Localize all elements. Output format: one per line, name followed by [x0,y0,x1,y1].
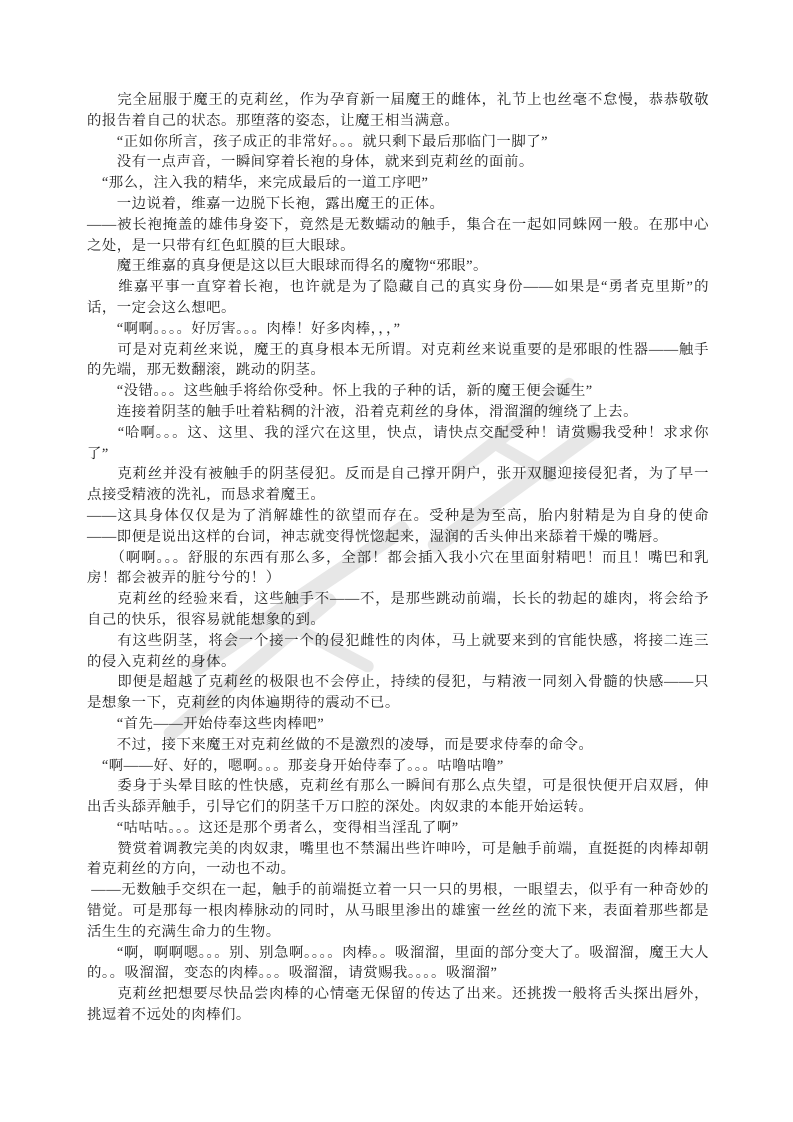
paragraph: 连接着阴茎的触手吐着粘稠的汁液，沿着克莉丝的身体，滑溜溜的缠绕了上去。 [87,402,709,423]
paragraph: “没错。。。这些触手将给你受种。怀上我的子种的话，新的魔王便会诞生” [87,381,709,402]
paragraph: 即便是超越了克莉丝的极限也不会停止，持续的侵犯，与精液一同刻入骨髓的快感——只是… [87,672,709,714]
paragraph: “咕咕咕。。。这还是那个勇者么，变得相当淫乱了啊” [87,818,709,839]
paragraph: ——这具身体仅仅是为了消解雄性的欲望而存在。受种是为至高，胎内射精是为自身的使命… [87,506,709,548]
paragraph: “哈啊。。。这、这里、我的淫穴在这里，快点，请快点交配受种！请赏赐我受种！求求你… [87,423,709,465]
paragraph: 委身于头晕目眩的性快感，克莉丝有那么一瞬间有那么点失望，可是很快便开启双唇，伸出… [87,776,709,818]
paragraph: “那么，注入我的精华，来完成最后的一道工序吧” [87,173,709,194]
paragraph: （啊啊。。。舒服的东西有那么多，全部！都会插入我小穴在里面射精吧！而且！嘴巴和乳… [87,548,709,590]
paragraph: 有这些阴茎，将会一个接一个的侵犯雌性的肉体，马上就要来到的官能快感，将接二连三的… [87,631,709,673]
paragraph: 可是对克莉丝来说，魔王的真身根本无所谓。对克莉丝来说重要的是邪眼的性器——触手的… [87,340,709,382]
paragraph: 一边说着，维嘉一边脱下长袍，露出魔王的正体。 [87,194,709,215]
paragraph: 克莉丝并没有被触手的阴茎侵犯。反而是自己撑开阴户，张开双腿迎接侵犯者，为了早一点… [87,464,709,506]
paragraph: “啊，啊啊嗯。。。别、别急啊。。。。肉棒。。吸溜溜，里面的部分变大了。吸溜溜，魔… [87,943,709,985]
paragraph: 维嘉平事一直穿着长袍，也许就是为了隐藏自己的真实身份——如果是“勇者克里斯”的话… [87,277,709,319]
paragraph: “啊啊。。。。好厉害。。。肉棒！好多肉棒，，，” [87,319,709,340]
paragraph: ——被长袍掩盖的雄伟身姿下，竟然是无数蠕动的触手，集合在一起如同蛛网一般。在那中… [87,215,709,257]
paragraph: 没有一点声音，一瞬间穿着长袍的身体，就来到克莉丝的面前。 [87,152,709,173]
document-page: 完全屈服于魔王的克莉丝，作为孕育新一届魔王的雌体，礼节上也丝毫不怠慢，恭恭敬敬的… [0,0,793,1122]
paragraph: 克莉丝把想要尽快品尝肉棒的心情毫无保留的传达了出来。还挑拨一般将舌头探出唇外，挑… [87,984,709,1026]
paragraph: 赞赏着调教完美的肉奴隶，嘴里也不禁漏出些许呻吟，可是触手前端，直挺挺的肉棒却朝着… [87,839,709,881]
paragraph: 完全屈服于魔王的克莉丝，作为孕育新一届魔王的雌体，礼节上也丝毫不怠慢，恭恭敬敬的… [87,90,709,132]
paragraph: 不过，接下来魔王对克莉丝做的不是激烈的凌辱，而是要求侍奉的命令。 [87,735,709,756]
novel-text-body: 完全屈服于魔王的克莉丝，作为孕育新一届魔王的雌体，礼节上也丝毫不怠慢，恭恭敬敬的… [87,90,709,1026]
paragraph: “首先——开始侍奉这些肉棒吧” [87,714,709,735]
paragraph: 魔王维嘉的真身便是这以巨大眼球而得名的魔物“邪眼”。 [87,256,709,277]
paragraph: ——无数触手交织在一起，触手的前端挺立着一只一只的男根，一眼望去，似乎有一种奇妙… [87,880,709,942]
paragraph: 克莉丝的经验来看，这些触手不——不，是那些跳动前端，长长的勃起的雄肉，将会给予自… [87,589,709,631]
paragraph: “正如你所言，孩子成正的非常好。。。就只剩下最后那临门一脚了” [87,132,709,153]
paragraph: “啊——好、好的，嗯啊。。。那妾身开始侍奉了。。。咕噜咕噜” [87,756,709,777]
